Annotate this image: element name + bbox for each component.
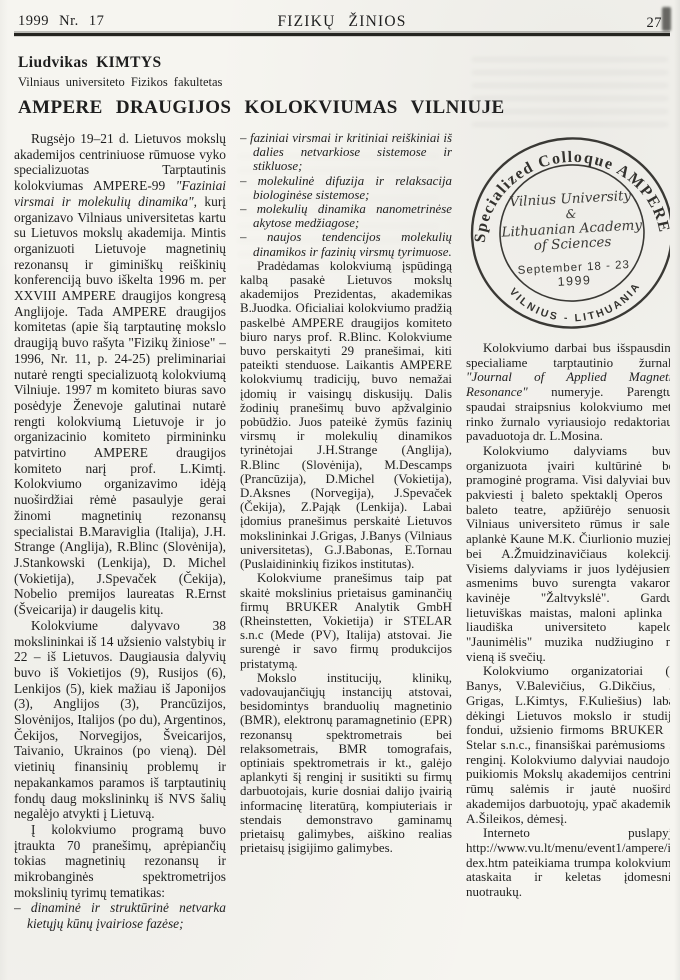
colloquium-stamp: Specialized Colloque AMPERE VILNIUS - LI… bbox=[466, 133, 670, 335]
byline: Liudvikas KIMTYS Vilniaus universiteto F… bbox=[18, 54, 222, 90]
paragraph: Mokslo institucijų, klinikų, vadovaujanč… bbox=[240, 671, 452, 856]
journal-title: FIZIKŲ ŽINIOS bbox=[277, 13, 406, 31]
page-header: 1999 Nr. 17 FIZIKŲ ŽINIOS 27 bbox=[18, 13, 666, 33]
article-body: Rugsėjo 19–21 d. Lietuvos mokslų akademi… bbox=[14, 131, 670, 974]
paragraph: Kolokviumo darbai bus išspausdinti speci… bbox=[466, 341, 670, 444]
issue-label: 1999 Nr. 17 bbox=[18, 13, 104, 30]
stamp-seal-graphic: Specialized Colloque AMPERE VILNIUS - LI… bbox=[466, 133, 670, 333]
stamp-line-sciences: of Sciences bbox=[533, 234, 612, 254]
author-affiliation: Vilniaus universiteto Fizikos fakultetas bbox=[18, 75, 222, 90]
bullet-item: – molekulių dinamika nanometrinėse akyto… bbox=[240, 202, 452, 230]
text-column-2: – faziniai virsmai ir kritiniai reiškini… bbox=[240, 131, 452, 974]
bullet-item: – naujos tendencijos molekulių dinamikos… bbox=[240, 230, 452, 258]
header-rule bbox=[14, 33, 670, 36]
paragraph: Kolokviumo dalyviams buvo organizuota įv… bbox=[466, 444, 670, 665]
paragraph: Kolokviume dalyvavo 38 mokslininkai iš 1… bbox=[14, 618, 226, 822]
bullet-item: – faziniai virsmai ir kritiniai reiškini… bbox=[240, 131, 452, 174]
text-column-1: Rugsėjo 19–21 d. Lietuvos mokslų akademi… bbox=[14, 131, 226, 974]
paragraph: Pradėdamas kolokviumą įspūdingą kalbą pa… bbox=[240, 259, 452, 571]
paragraph: Kolokviume pranešimus taip pat skaitė mo… bbox=[240, 571, 452, 670]
scanned-journal-page: 1999 Nr. 17 FIZIKŲ ŽINIOS 27 Liudvikas K… bbox=[0, 0, 680, 980]
paragraph: Į kolokviumo programą buvo įtraukta 70 p… bbox=[14, 822, 226, 901]
paragraph: Interneto puslapyje http://www.vu.lt/men… bbox=[466, 826, 670, 900]
page-number: 27 bbox=[647, 15, 663, 32]
stamp-year: 1999 bbox=[557, 273, 591, 289]
text-column-3: Specialized Colloque AMPERE VILNIUS - LI… bbox=[466, 131, 670, 974]
paragraph: Kolokviumo organizatoriai (J. Banys, V.B… bbox=[466, 664, 670, 826]
bullet-item: – dinaminė ir struktūrinė netvarka kietų… bbox=[14, 900, 226, 931]
article-title: AMPERE DRAUGIJOS KOLOKVIUMAS VILNIUJE bbox=[18, 97, 505, 119]
text-column-3-body: Kolokviumo darbai bus išspausdinti speci… bbox=[466, 341, 670, 900]
bullet-item: – molekulinė difuzija ir relaksacija bio… bbox=[240, 174, 452, 202]
stamp-line-ampersand: & bbox=[565, 207, 577, 222]
author-name: Liudvikas KIMTYS bbox=[18, 54, 222, 72]
paragraph: Rugsėjo 19–21 d. Lietuvos mokslų akademi… bbox=[14, 131, 226, 618]
